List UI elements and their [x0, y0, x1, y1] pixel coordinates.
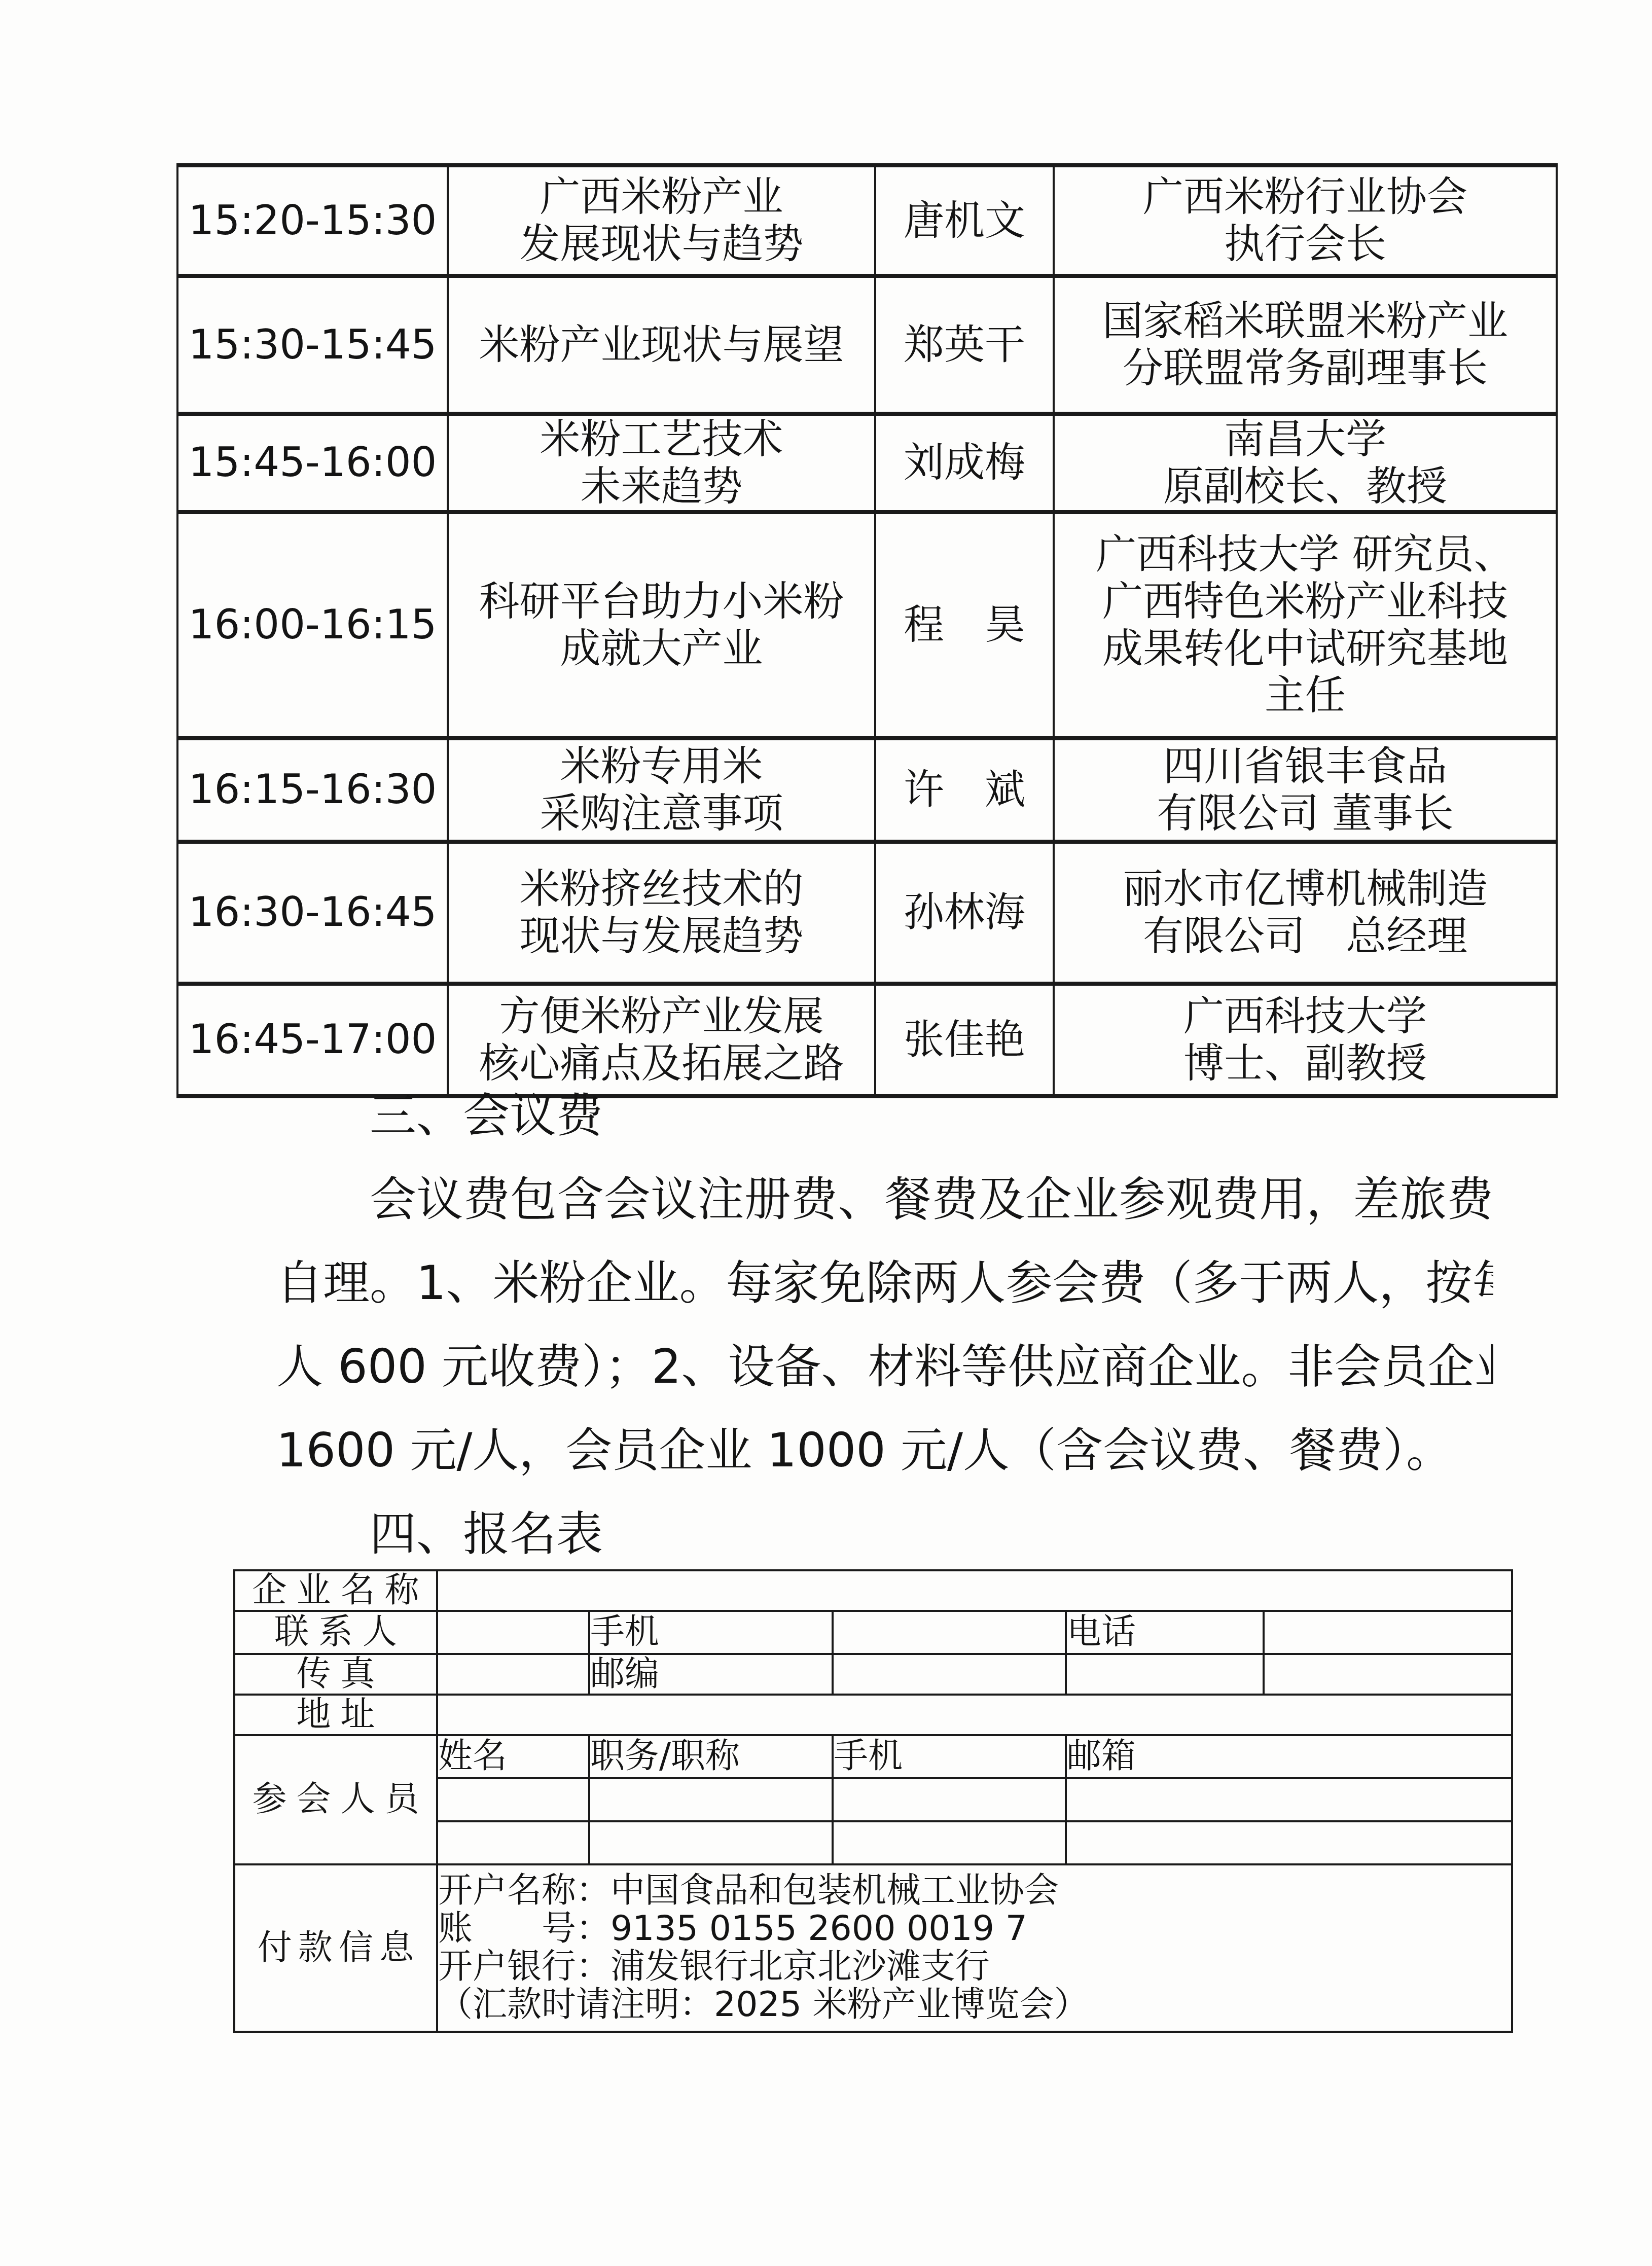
fee-paragraph-line: 人 600 元收费）；2、设备、材料等供应商企业。非会员企业 — [276, 1325, 1493, 1409]
agenda-row: 16:00-16:15 科研平台助力小米粉 成就大产业 程 昊 广西科技大学 研… — [177, 512, 1557, 738]
mobile-label: 手机 — [589, 1611, 833, 1654]
agenda-speaker: 唐机文 — [875, 165, 1054, 276]
agenda-time: 15:20-15:30 — [177, 165, 448, 276]
agenda-time: 16:15-16:30 — [177, 738, 448, 842]
attendee-name-label: 姓名 — [437, 1735, 589, 1778]
agenda-speaker-title: 丽水市亿博机械制造 有限公司 总经理 — [1054, 842, 1557, 984]
agenda-row: 15:20-15:30 广西米粉产业 发展现状与趋势 唐机文 广西米粉行业协会 … — [177, 165, 1557, 276]
agenda-speaker-title: 广西米粉行业协会 执行会长 — [1054, 165, 1557, 276]
attendees-label: 参会人员 — [234, 1735, 437, 1864]
fee-section: 三、会议费 会议费包含会议注册费、餐费及企业参观费用，差旅费 自理。1、米粉企业… — [276, 1074, 1493, 1576]
agenda-speaker: 郑英干 — [875, 276, 1054, 414]
agenda-topic: 米粉工艺技术 未来趋势 — [448, 414, 875, 512]
agenda-row: 16:15-16:30 米粉专用米 采购注意事项 许 斌 四川省银丰食品 有限公… — [177, 738, 1557, 842]
agenda-speaker-title: 国家稻米联盟米粉产业 分联盟常务副理事长 — [1054, 276, 1557, 414]
form-empty-cell — [1066, 1654, 1264, 1695]
registration-form-heading: 四、报名表 — [276, 1492, 1493, 1576]
payment-info-label: 付款信息 — [234, 1864, 437, 2032]
form-row-fax: 传真 邮编 — [234, 1654, 1512, 1695]
registration-form-table: 企业名称 联系人 手机 电话 传真 邮编 地址 参会人员 姓名 职务/职称 手机… — [233, 1569, 1513, 2033]
agenda-speaker: 许 斌 — [875, 738, 1054, 842]
form-row-company: 企业名称 — [234, 1570, 1512, 1611]
form-row-attendee-header: 参会人员 姓名 职务/职称 手机 邮箱 — [234, 1735, 1512, 1778]
fax-label: 传真 — [234, 1654, 437, 1695]
fee-heading: 三、会议费 — [276, 1074, 1493, 1158]
agenda-time: 15:30-15:45 — [177, 276, 448, 414]
attendee-email-label: 邮箱 — [1066, 1735, 1512, 1778]
agenda-speaker-title: 南昌大学 原副校长、教授 — [1054, 414, 1557, 512]
mobile-field — [833, 1611, 1066, 1654]
agenda-speaker: 孙林海 — [875, 842, 1054, 984]
attendee-position-label: 职务/职称 — [589, 1735, 833, 1778]
zip-field — [833, 1654, 1066, 1695]
contact-person-field — [437, 1611, 589, 1654]
form-row-address: 地址 — [234, 1695, 1512, 1735]
agenda-topic: 科研平台助力小米粉 成就大产业 — [448, 512, 875, 738]
agenda-table: 15:20-15:30 广西米粉产业 发展现状与趋势 唐机文 广西米粉行业协会 … — [176, 163, 1558, 1098]
attendee-position-field — [589, 1778, 833, 1821]
agenda-row: 15:45-16:00 米粉工艺技术 未来趋势 刘成梅 南昌大学 原副校长、教授 — [177, 414, 1557, 512]
agenda-row: 15:30-15:45 米粉产业现状与展望 郑英干 国家稻米联盟米粉产业 分联盟… — [177, 276, 1557, 414]
agenda-row: 16:30-16:45 米粉挤丝技术的 现状与发展趋势 孙林海 丽水市亿博机械制… — [177, 842, 1557, 984]
agenda-speaker: 刘成梅 — [875, 414, 1054, 512]
attendee-mobile-field — [833, 1821, 1066, 1864]
agenda-speaker-title: 四川省银丰食品 有限公司 董事长 — [1054, 738, 1557, 842]
company-name-field — [437, 1570, 1512, 1611]
agenda-time: 15:45-16:00 — [177, 414, 448, 512]
attendee-email-field — [1066, 1821, 1512, 1864]
phone-label: 电话 — [1066, 1611, 1264, 1654]
address-label: 地址 — [234, 1695, 437, 1735]
payment-info-details: 开户名称：中国食品和包装机械工业协会 账 号：9135 0155 2600 00… — [437, 1864, 1512, 2032]
attendee-mobile-label: 手机 — [833, 1735, 1066, 1778]
phone-field — [1264, 1611, 1512, 1654]
agenda-time: 16:00-16:15 — [177, 512, 448, 738]
agenda-speaker-title: 广西科技大学 研究员、 广西特色米粉产业科技 成果转化中试研究基地 主任 — [1054, 512, 1557, 738]
attendee-position-field — [589, 1821, 833, 1864]
form-row-contact: 联系人 手机 电话 — [234, 1611, 1512, 1654]
attendee-name-field — [437, 1821, 589, 1864]
zip-label: 邮编 — [589, 1654, 833, 1695]
attendee-email-field — [1066, 1778, 1512, 1821]
fee-paragraph-line: 自理。1、米粉企业。每家免除两人参会费（多于两人，按每 — [276, 1241, 1493, 1325]
agenda-topic: 米粉挤丝技术的 现状与发展趋势 — [448, 842, 875, 984]
agenda-topic: 米粉专用米 采购注意事项 — [448, 738, 875, 842]
agenda-speaker: 程 昊 — [875, 512, 1054, 738]
attendee-name-field — [437, 1778, 589, 1821]
fee-paragraph-line: 会议费包含会议注册费、餐费及企业参观费用，差旅费 — [276, 1158, 1493, 1241]
scanned-document-page: { "agenda": { "rows": [ { "time": "15:20… — [0, 0, 1652, 2266]
attendee-mobile-field — [833, 1778, 1066, 1821]
agenda-time: 16:30-16:45 — [177, 842, 448, 984]
company-name-label: 企业名称 — [234, 1570, 437, 1611]
form-row-payment: 付款信息 开户名称：中国食品和包装机械工业协会 账 号：9135 0155 26… — [234, 1864, 1512, 2032]
address-field — [437, 1695, 1512, 1735]
form-empty-cell — [1264, 1654, 1512, 1695]
agenda-topic: 米粉产业现状与展望 — [448, 276, 875, 414]
fee-paragraph-line: 1600 元/人，会员企业 1000 元/人（含会议费、餐费）。 — [276, 1409, 1493, 1492]
agenda-topic: 广西米粉产业 发展现状与趋势 — [448, 165, 875, 276]
fax-field — [437, 1654, 589, 1695]
contact-person-label: 联系人 — [234, 1611, 437, 1654]
